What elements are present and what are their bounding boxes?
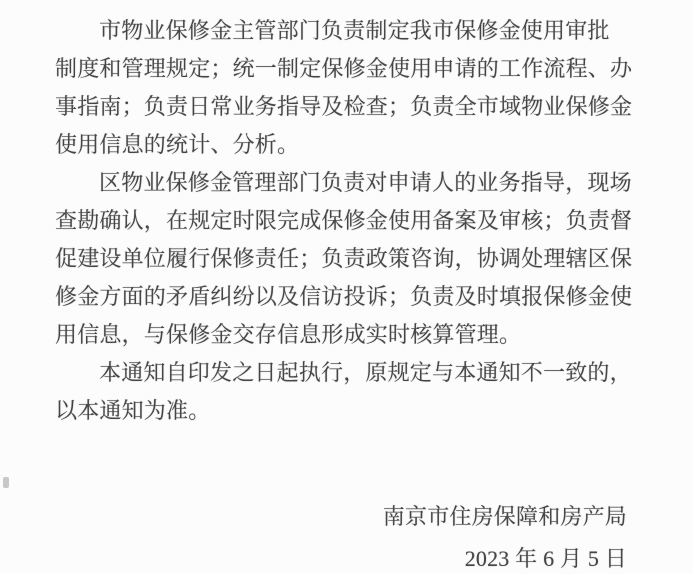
body-line: 以本通知为准。: [55, 392, 637, 430]
body-line: 用信息，与保修金交存信息形成实时核算管理。: [55, 316, 637, 354]
paragraph-city-dept-duties: 市物业保修金主管部门负责制定我市保修金使用审批 制度和管理规定；统一制定保修金使…: [55, 12, 637, 164]
paragraph-district-dept-duties: 区物业保修金管理部门负责对申请人的业务指导，现场 查勘确认，在规定时限完成保修金…: [55, 164, 637, 354]
body-line: 查勘确认，在规定时限完成保修金使用备案及审核；负责督: [55, 202, 637, 240]
body-line: 本通知自印发之日起执行，原规定与本通知不一致的，: [55, 354, 637, 392]
body-line: 区物业保修金管理部门负责对申请人的业务指导，现场: [55, 164, 637, 202]
body-line: 使用信息的统计、分析。: [55, 126, 637, 164]
body-line: 制度和管理规定；统一制定保修金使用申请的工作流程、办: [55, 50, 637, 88]
body-line: 事指南；负责日常业务指导及检查；负责全市域物业保修金: [55, 88, 637, 126]
issue-date: 2023 年 6 月 5 日: [383, 538, 627, 574]
body-line: 促建设单位履行保修责任；负责政策咨询，协调处理辖区保: [55, 240, 637, 278]
scan-artifact: [3, 477, 9, 488]
paragraph-effective-date: 本通知自印发之日起执行，原规定与本通知不一致的， 以本通知为准。: [55, 354, 637, 430]
issuing-authority: 南京市住房保障和房产局: [383, 496, 627, 538]
scanned-notice-page: 市物业保修金主管部门负责制定我市保修金使用审批 制度和管理规定；统一制定保修金使…: [0, 0, 693, 574]
body-line: 修金方面的矛盾纠纷以及信访投诉；负责及时填报保修金使: [55, 278, 637, 316]
signature-block: 南京市住房保障和房产局 2023 年 6 月 5 日: [383, 496, 627, 574]
notice-body: 市物业保修金主管部门负责制定我市保修金使用审批 制度和管理规定；统一制定保修金使…: [55, 12, 637, 430]
body-line: 市物业保修金主管部门负责制定我市保修金使用审批: [55, 12, 637, 50]
